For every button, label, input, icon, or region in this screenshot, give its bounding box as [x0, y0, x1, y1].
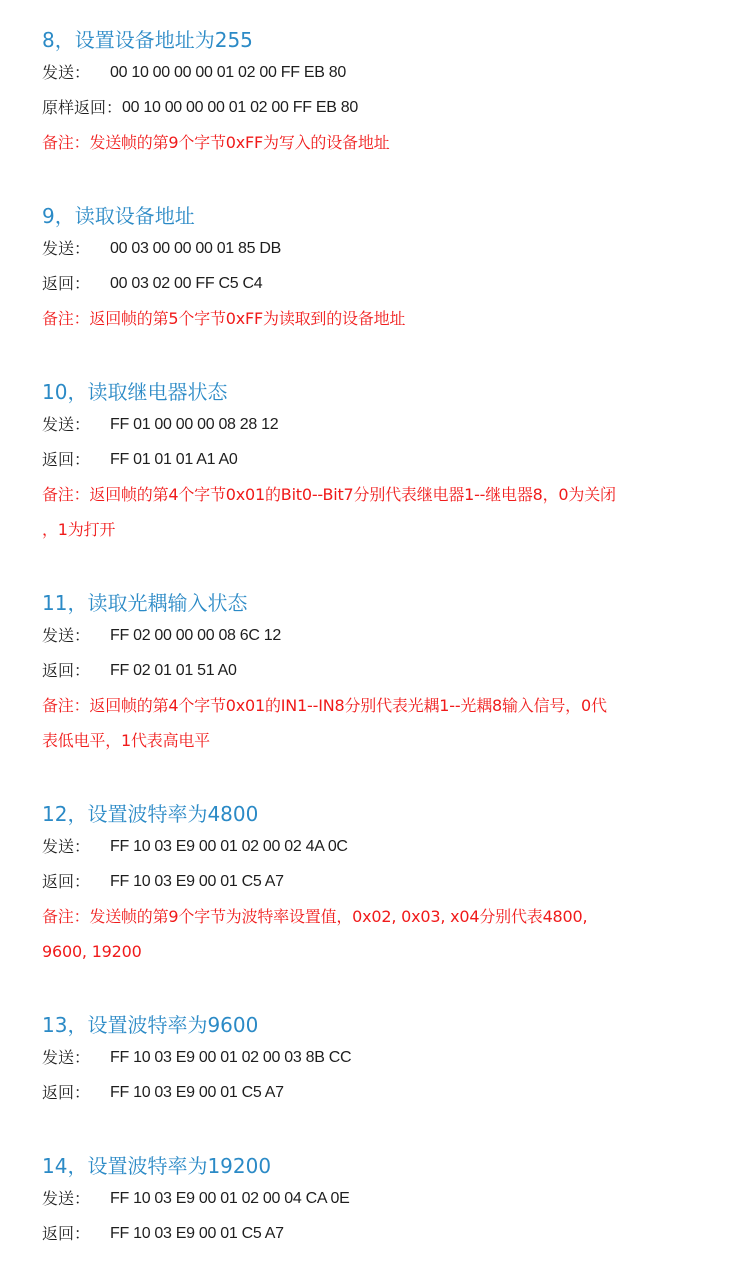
send-row: 发送： 00 10 00 00 00 01 02 00 FF EB 80 — [42, 55, 713, 90]
section-set-baud-9600: 13，设置波特率为9600 发送： FF 10 03 E9 00 01 02 0… — [42, 1010, 713, 1110]
section-heading: 11，读取光耦输入状态 — [42, 588, 713, 618]
return-label: 返回： — [42, 864, 110, 899]
note-line-2: 表低电平，1代表高电平 — [42, 723, 713, 758]
section-heading: 9，读取设备地址 — [42, 201, 713, 231]
echo-frame: 00 10 00 00 00 01 02 00 FF EB 80 — [122, 90, 358, 125]
send-frame: FF 02 00 00 00 08 6C 12 — [110, 618, 281, 653]
note: 备注：返回帧的第5个字节0xFF为读取到的设备地址 — [42, 301, 713, 336]
send-row: 发送： FF 10 03 E9 00 01 02 00 02 4A 0C — [42, 829, 713, 864]
return-frame: FF 10 03 E9 00 01 C5 A7 — [110, 864, 284, 899]
echo-row: 原样返回： 00 10 00 00 00 01 02 00 FF EB 80 — [42, 90, 713, 125]
section-heading: 12，设置波特率为4800 — [42, 799, 713, 829]
send-label: 发送： — [42, 618, 110, 653]
return-frame: FF 01 01 01 A1 A0 — [110, 442, 237, 477]
return-frame: FF 10 03 E9 00 01 C5 A7 — [110, 1075, 284, 1110]
protocol-document: 8，设置设备地址为255 发送： 00 10 00 00 00 01 02 00… — [0, 0, 733, 1280]
return-label: 返回： — [42, 442, 110, 477]
return-label: 返回： — [42, 1216, 110, 1251]
send-row: 发送： FF 02 00 00 00 08 6C 12 — [42, 618, 713, 653]
section-heading: 8，设置设备地址为255 — [42, 25, 713, 55]
send-label: 发送： — [42, 231, 110, 266]
note-line-2: 9600, 19200 — [42, 934, 713, 969]
send-label: 发送： — [42, 1181, 110, 1216]
return-row: 返回： FF 10 03 E9 00 01 C5 A7 — [42, 1075, 713, 1110]
section-read-optocoupler-input: 11，读取光耦输入状态 发送： FF 02 00 00 00 08 6C 12 … — [42, 588, 713, 758]
section-set-baud-19200: 14，设置波特率为19200 发送： FF 10 03 E9 00 01 02 … — [42, 1151, 713, 1251]
return-frame: 00 03 02 00 FF C5 C4 — [110, 266, 262, 301]
section-set-address-255: 8，设置设备地址为255 发送： 00 10 00 00 00 01 02 00… — [42, 25, 713, 160]
return-frame: FF 02 01 01 51 A0 — [110, 653, 237, 688]
echo-label: 原样返回： — [42, 90, 122, 125]
return-label: 返回： — [42, 266, 110, 301]
send-label: 发送： — [42, 407, 110, 442]
section-read-relay-status: 10，读取继电器状态 发送： FF 01 00 00 00 08 28 12 返… — [42, 377, 713, 547]
send-row: 发送： FF 01 00 00 00 08 28 12 — [42, 407, 713, 442]
send-row: 发送： FF 10 03 E9 00 01 02 00 04 CA 0E — [42, 1181, 713, 1216]
return-row: 返回： FF 10 03 E9 00 01 C5 A7 — [42, 1216, 713, 1251]
note-line-1: 备注：返回帧的第4个字节0x01的Bit0--Bit7分别代表继电器1--继电器… — [42, 477, 713, 512]
section-set-baud-4800: 12，设置波特率为4800 发送： FF 10 03 E9 00 01 02 0… — [42, 799, 713, 969]
send-frame: 00 10 00 00 00 01 02 00 FF EB 80 — [110, 55, 346, 90]
send-row: 发送： 00 03 00 00 00 01 85 DB — [42, 231, 713, 266]
return-row: 返回： 00 03 02 00 FF C5 C4 — [42, 266, 713, 301]
section-heading: 14，设置波特率为19200 — [42, 1151, 713, 1181]
note: 备注：发送帧的第9个字节0xFF为写入的设备地址 — [42, 125, 713, 160]
section-heading: 13，设置波特率为9600 — [42, 1010, 713, 1040]
send-frame: FF 10 03 E9 00 01 02 00 04 CA 0E — [110, 1181, 349, 1216]
section-heading: 10，读取继电器状态 — [42, 377, 713, 407]
send-label: 发送： — [42, 829, 110, 864]
return-row: 返回： FF 01 01 01 A1 A0 — [42, 442, 713, 477]
send-row: 发送： FF 10 03 E9 00 01 02 00 03 8B CC — [42, 1040, 713, 1075]
return-label: 返回： — [42, 653, 110, 688]
send-frame: FF 01 00 00 00 08 28 12 — [110, 407, 278, 442]
note-line-1: 备注：发送帧的第9个字节为波特率设置值，0x02, 0x03, x04分别代表4… — [42, 899, 713, 934]
note-line-1: 备注：返回帧的第4个字节0x01的IN1--IN8分别代表光耦1--光耦8输入信… — [42, 688, 713, 723]
return-label: 返回： — [42, 1075, 110, 1110]
send-label: 发送： — [42, 55, 110, 90]
send-label: 发送： — [42, 1040, 110, 1075]
send-frame: 00 03 00 00 00 01 85 DB — [110, 231, 281, 266]
send-frame: FF 10 03 E9 00 01 02 00 02 4A 0C — [110, 829, 348, 864]
return-frame: FF 10 03 E9 00 01 C5 A7 — [110, 1216, 284, 1251]
send-frame: FF 10 03 E9 00 01 02 00 03 8B CC — [110, 1040, 351, 1075]
return-row: 返回： FF 02 01 01 51 A0 — [42, 653, 713, 688]
return-row: 返回： FF 10 03 E9 00 01 C5 A7 — [42, 864, 713, 899]
note-line-2: ，1为打开 — [42, 512, 713, 547]
section-read-address: 9，读取设备地址 发送： 00 03 00 00 00 01 85 DB 返回：… — [42, 201, 713, 336]
